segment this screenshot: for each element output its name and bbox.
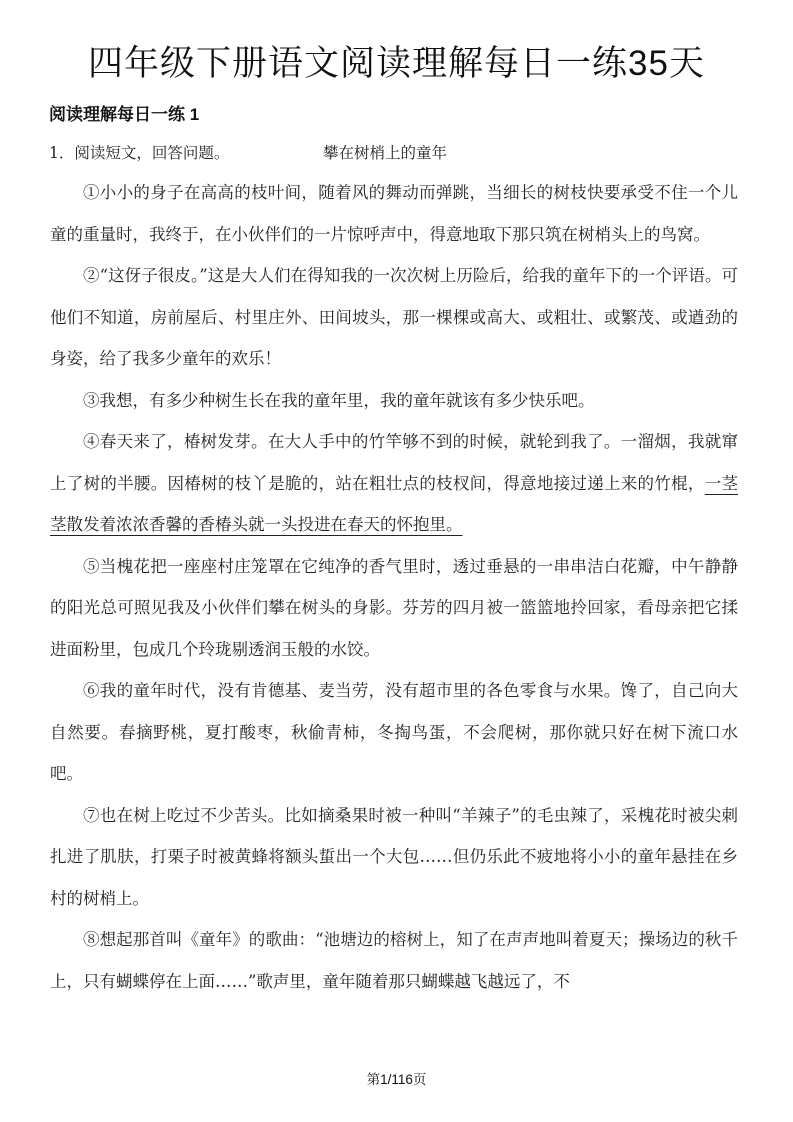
question-prompt: 1．阅读短文，回答问题。 xyxy=(49,144,229,162)
paragraph-7: ⑦也在树上吃过不少苦头。比如摘桑果时被一种叫“羊辣子”的毛虫辣了，采槐花时被尖刺… xyxy=(50,795,738,920)
section-heading: 阅读理解每日一练 1 xyxy=(49,100,199,125)
paragraph-3: ③我想，有多少种树生长在我的童年里，我的童年就该有多少快乐吧。 xyxy=(50,380,738,422)
paragraph-1: ①小小的身子在高高的枝叶间，随着风的舞动而弹跳，当细长的树枝快要承受不住一个儿童… xyxy=(50,172,738,255)
page-number: 第1/116页 xyxy=(0,1068,793,1088)
paragraph-4: ④春天来了，椿树发芽。在大人手中的竹竿够不到的时候，就轮到我了。一溜烟，我就窜上… xyxy=(50,421,738,546)
paragraph-2: ②“这伢子很皮。”这是大人们在得知我的一次次树上历险后，给我的童年下的一个评语。… xyxy=(50,255,738,380)
paragraph-4-text: ④春天来了，椿树发芽。在大人手中的竹竿够不到的时候，就轮到我了。一溜烟，我就窜上… xyxy=(50,432,738,493)
passage-body: ①小小的身子在高高的枝叶间，随着风的舞动而弹跳，当细长的树枝快要承受不住一个儿童… xyxy=(50,172,738,1002)
question-line: 1．阅读短文，回答问题。 攀在树梢上的童年 xyxy=(49,141,749,163)
passage-title: 攀在树梢上的童年 xyxy=(323,141,447,163)
paragraph-5: ⑤当槐花把一座座村庄笼罩在它纯净的香气里时，透过垂悬的一串串洁白花瓣，中午静静的… xyxy=(50,546,738,671)
paragraph-8: ⑧想起那首叫《童年》的歌曲：“池塘边的榕树上，知了在声声地叫着夏天；操场边的秋千… xyxy=(50,919,738,1002)
paragraph-6: ⑥我的童年时代，没有肯德基、麦当劳，没有超市里的各色零食与水果。馋了，自己向大自… xyxy=(50,670,738,795)
document-title: 四年级下册语文阅读理解每日一练35天 xyxy=(0,36,793,86)
